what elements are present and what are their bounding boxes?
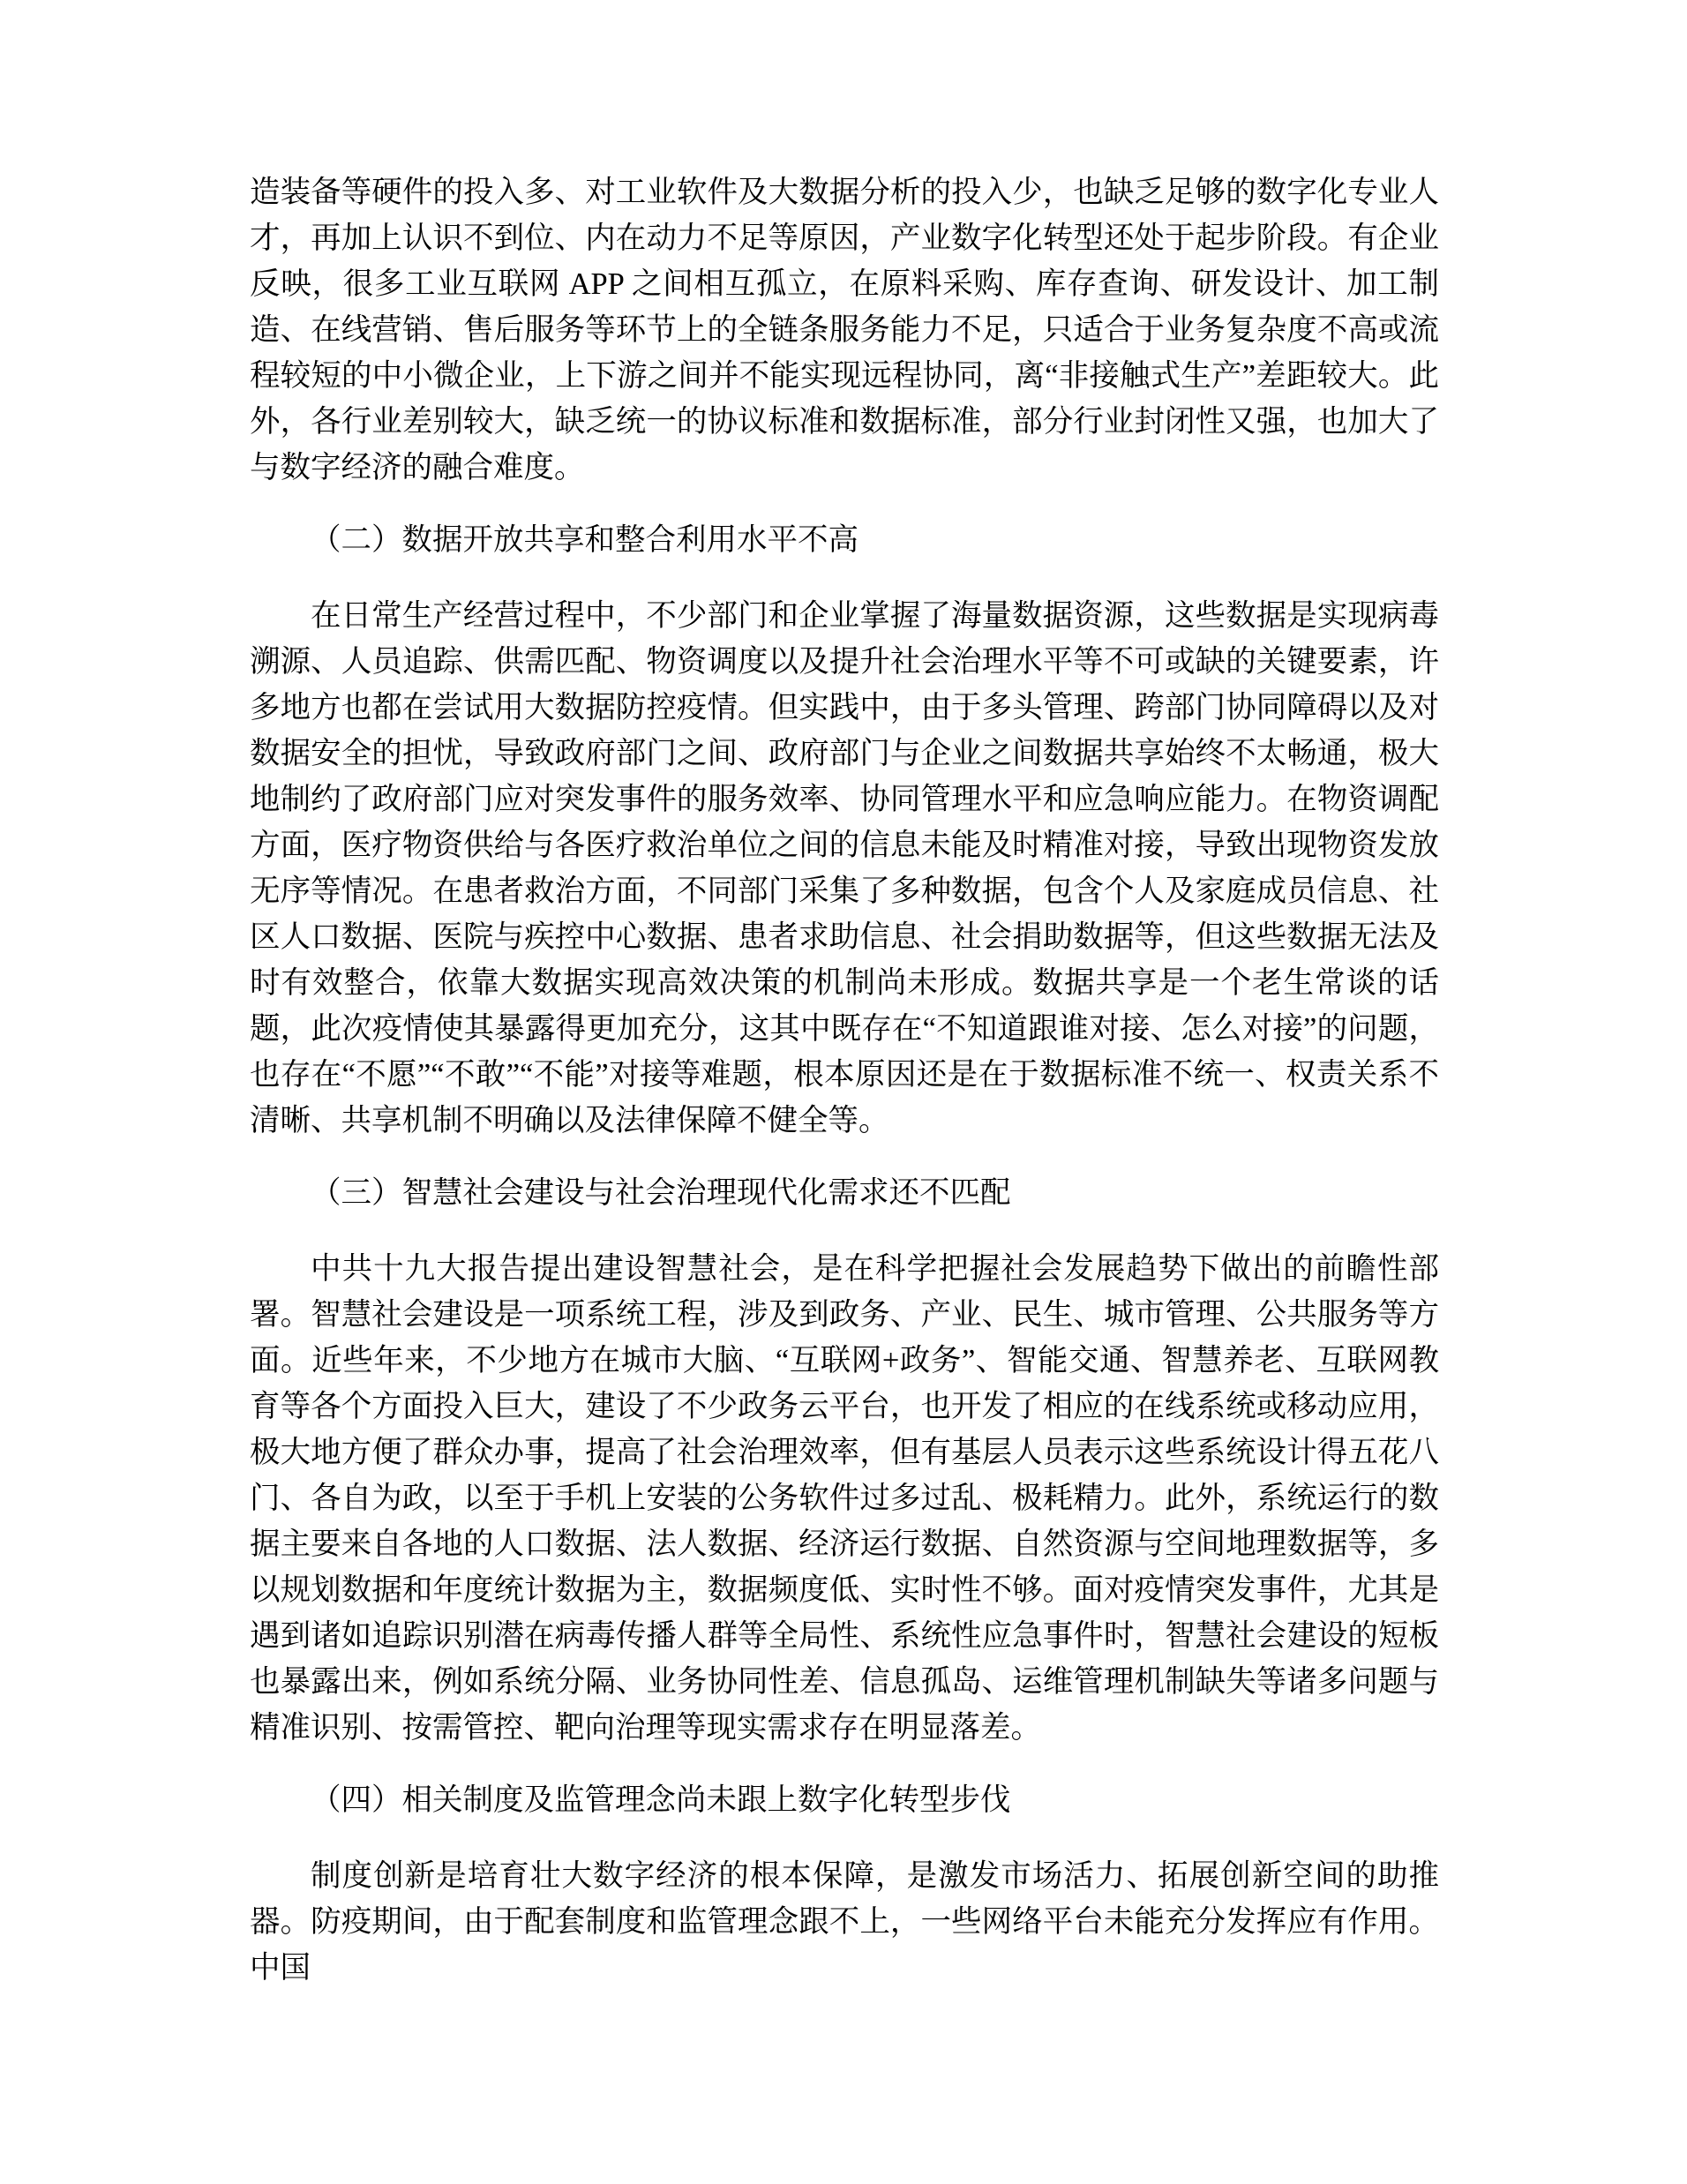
section-heading-2: （二）数据开放共享和整合利用水平不高 — [250, 517, 1439, 563]
paragraph-continuation: 造装备等硬件的投入多、对工业软件及大数据分析的投入少，也缺乏足够的数字化专业人才… — [250, 169, 1439, 491]
paragraph-smart-society: 中共十九大报告提出建设智慧社会，是在科学把握社会发展趋势下做出的前瞻性部署。智慧… — [250, 1246, 1439, 1751]
section-heading-4: （四）相关制度及监管理念尚未跟上数字化转型步伐 — [250, 1777, 1439, 1823]
section-heading-3: （三）智慧社会建设与社会治理现代化需求还不匹配 — [250, 1170, 1439, 1216]
document-page: 造装备等硬件的投入多、对工业软件及大数据分析的投入少，也缺乏足够的数字化专业人才… — [0, 0, 1687, 2184]
document-content: 造装备等硬件的投入多、对工业软件及大数据分析的投入少，也缺乏足够的数字化专业人才… — [250, 169, 1439, 1991]
paragraph-data-sharing: 在日常生产经营过程中，不少部门和企业掌握了海量数据资源，这些数据是实现病毒溯源、… — [250, 593, 1439, 1144]
paragraph-institutions: 制度创新是培育壮大数字经济的根本保障，是激发市场活力、拓展创新空间的助推器。防疫… — [250, 1853, 1439, 1991]
